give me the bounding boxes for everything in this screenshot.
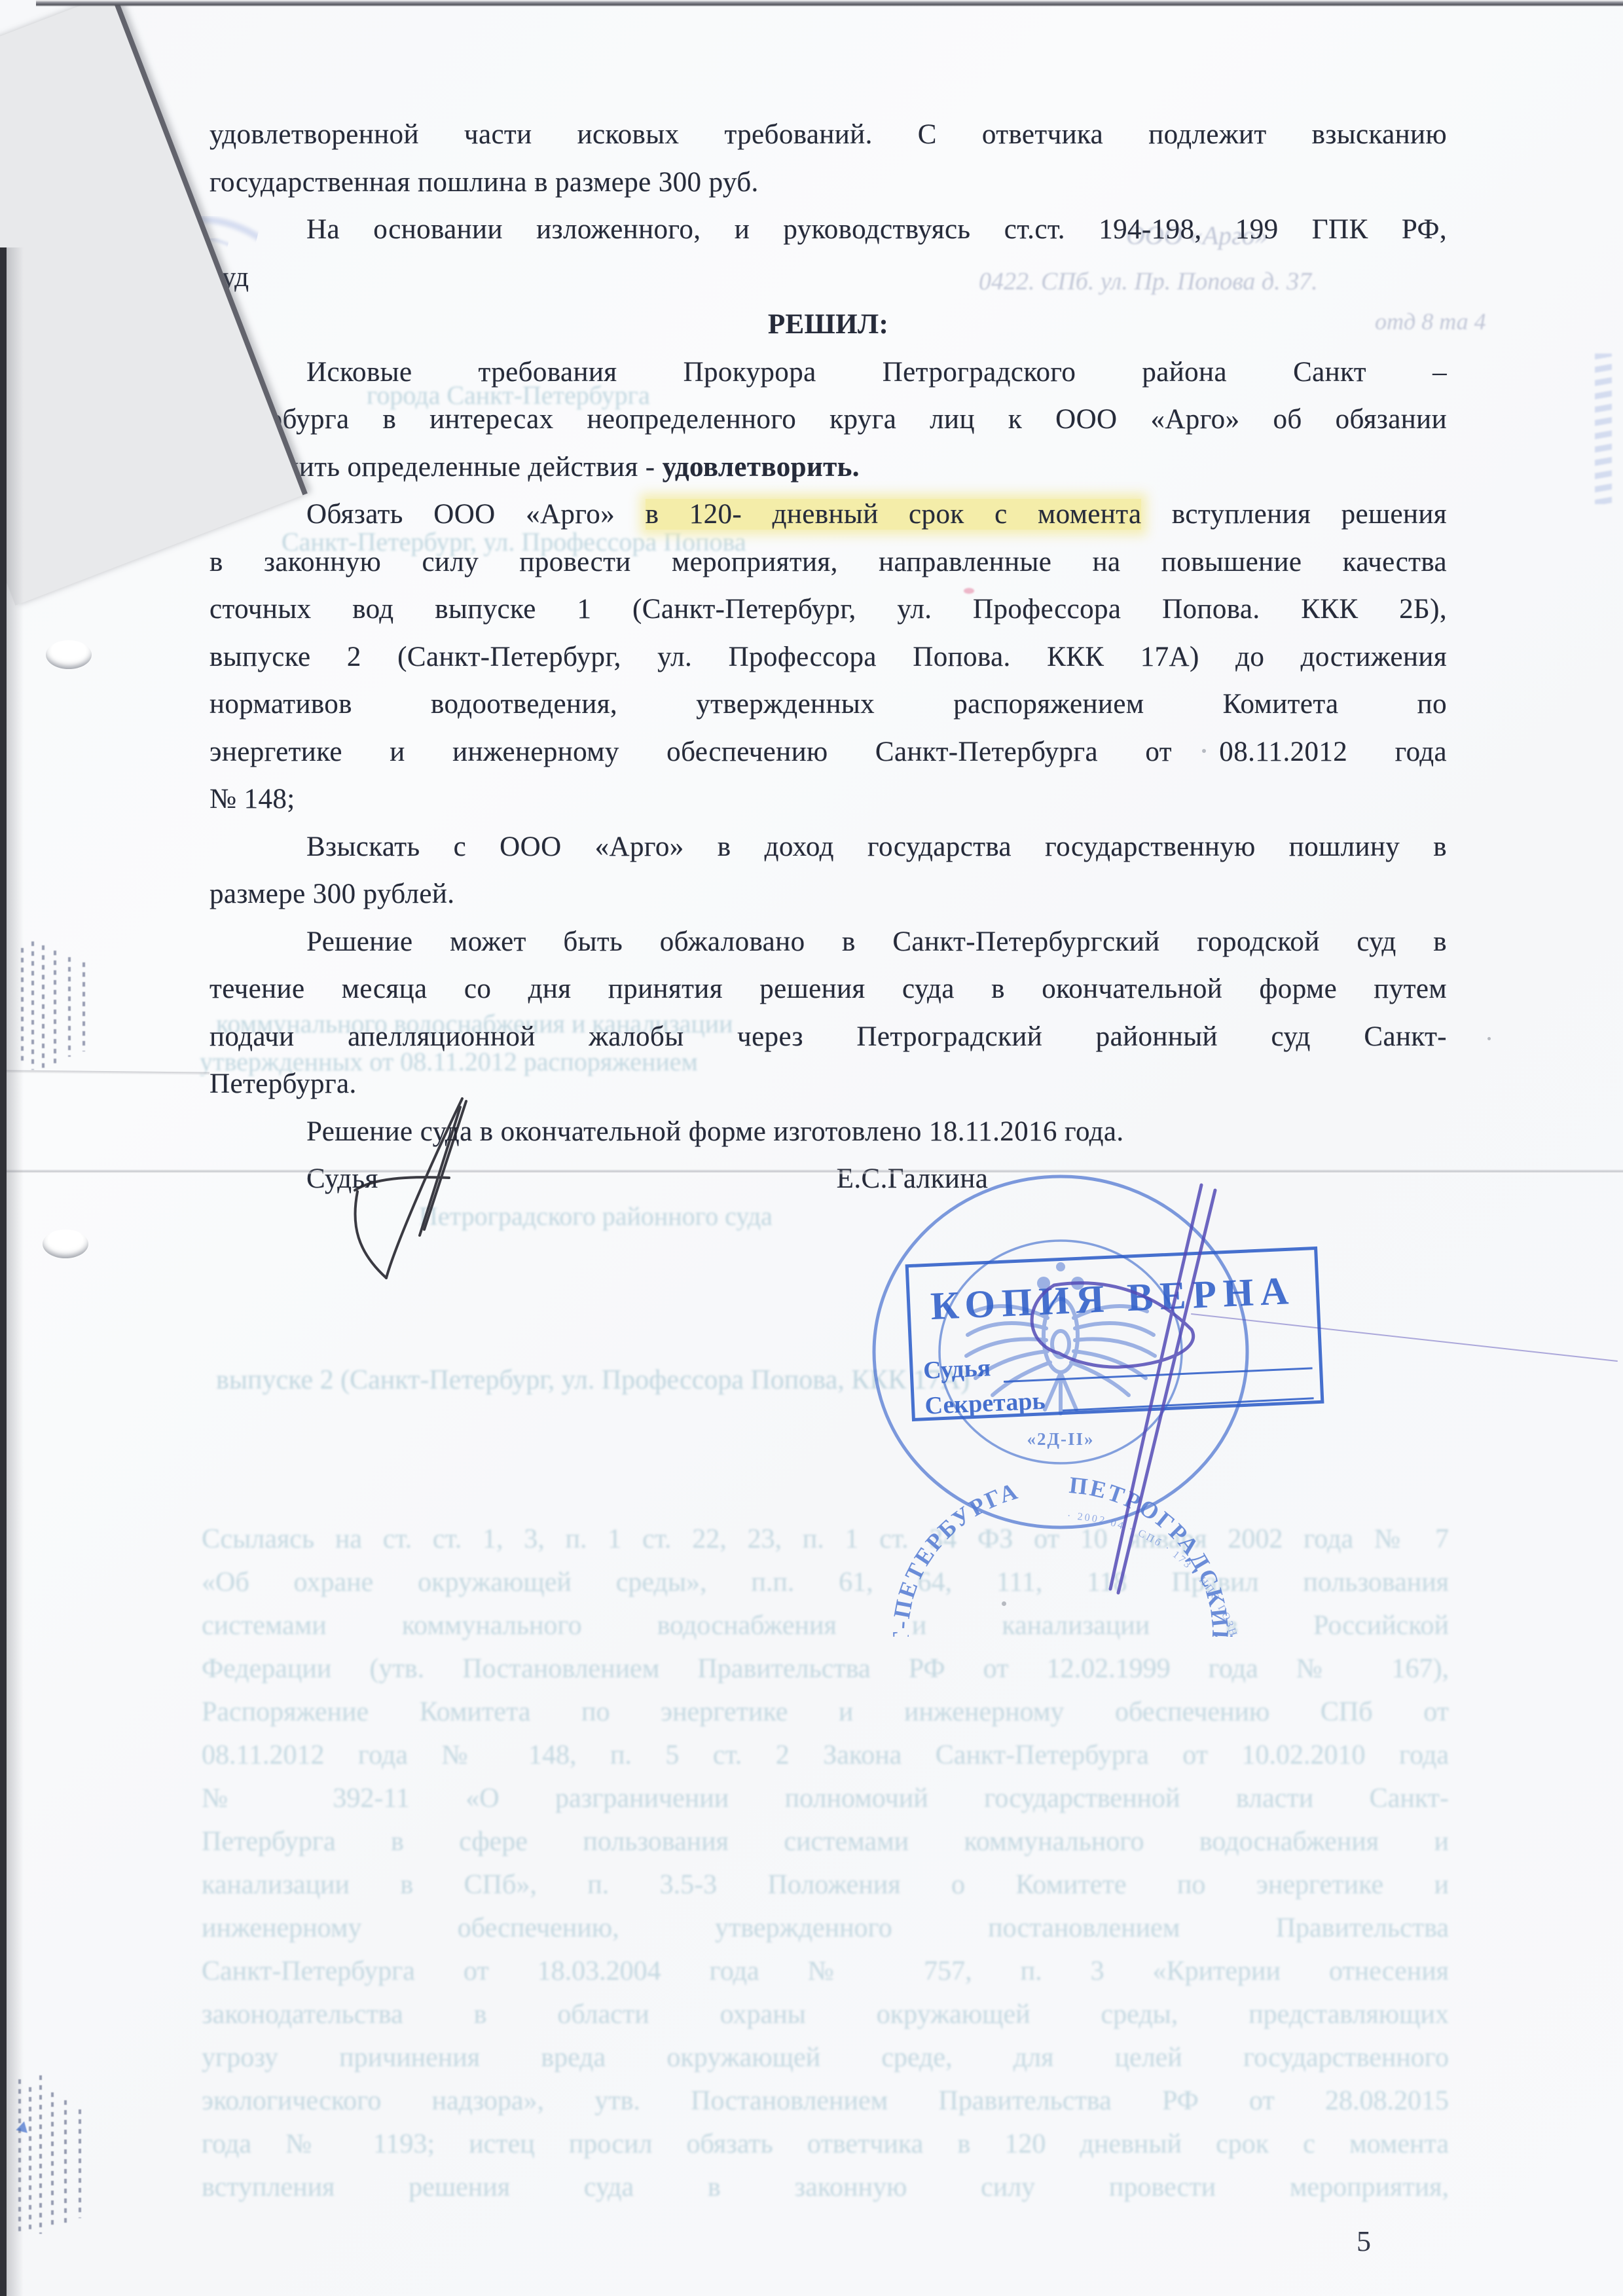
scanned-court-document: ООО «Арго»0422. СПб. ул. Пр. Попова д. 3… (0, 0, 1623, 2296)
court-stamp: ПЕТРОГРАДСКИЙ РАЙОННЫЙ СУД ГОРОДА САНКТ-… (838, 1149, 1623, 1637)
document-line: государственная пошлина в размере 300 ру… (210, 159, 1447, 206)
text-segment: На основании изложенного, и руководствуя… (306, 214, 1447, 245)
bleedthrough-dash-column (39, 2075, 42, 2234)
text-segment: Решение может быть обжаловано в Санкт-Пе… (306, 926, 1447, 957)
bleedthrough-dash-column (51, 2092, 54, 2227)
document-line: Обязать ООО «Арго» в 120- дневный срок с… (210, 491, 1447, 538)
bleedthrough-dash-column (42, 945, 45, 1068)
document-line: Исковые требования Прокурора Петроградск… (210, 349, 1447, 396)
document-line: суд (210, 254, 1447, 301)
right-edge-ink-bleed (1595, 354, 1612, 504)
document-line: нормативов водоотведения, утвержденных р… (210, 681, 1447, 728)
text-segment: Исковые требования Прокурора Петроградск… (306, 357, 1447, 388)
bleedthrough-dash-column (82, 962, 85, 1051)
page-number: 5 (1357, 2225, 1371, 2258)
bleedthrough-line: Федерации (утв. Постановлением Правитель… (202, 1647, 1449, 1690)
text-segment: сточных вод выпуске 1 (Санкт-Петербург, … (210, 594, 1447, 625)
text-segment: РЕШИЛ: (768, 309, 888, 340)
bleedthrough-dash-column (68, 957, 71, 1057)
bleedthrough-line: Распоряжение Комитета по энергетике и ин… (202, 1690, 1449, 1734)
dust-speck (1487, 1037, 1491, 1040)
bleedthrough-line: угрозу причинения вреда окружающей среде… (202, 2036, 1449, 2079)
document-line: Взыскать с ООО «Арго» в доход государств… (210, 824, 1447, 871)
bleedthrough-line: Петербурга в сфере пользования системами… (202, 1820, 1449, 1863)
bleedthrough-line: года № 1193; истец просил обязать ответч… (202, 2123, 1449, 2166)
text-segment: удовлетворить. (663, 452, 860, 483)
text-segment: подачи апелляционной жалобы через Петрог… (210, 1021, 1447, 1052)
text-segment: вступления решения (1141, 499, 1447, 530)
bleedthrough-dash-column (79, 2109, 81, 2218)
document-line: энергетике и инженерному обеспечению Сан… (210, 729, 1447, 776)
bleedthrough-dash-column (31, 941, 34, 1070)
copy-stamp-judge-label: Судья (922, 1354, 991, 1384)
bleedthrough-dash-column (64, 2100, 67, 2223)
bleedthrough-line: инженерному обеспечению, утвержденного п… (202, 1906, 1449, 1950)
page-edge-left-shadow (7, 247, 24, 2296)
hole-punch-bottom (43, 1230, 88, 1258)
dust-speck (1202, 749, 1206, 753)
document-line: Петербурга в интересах неопределенного к… (210, 396, 1447, 443)
hole-punch-top (46, 640, 92, 669)
document-line: размере 300 рублей. (210, 871, 1447, 918)
text-segment: государственная пошлина в размере 300 ру… (210, 167, 759, 198)
bleedthrough-line: экологического надзора», утв. Постановле… (202, 2079, 1449, 2123)
text-segment: размере 300 рублей. (210, 879, 454, 909)
document-line: в законную силу провести мероприятия, на… (210, 539, 1447, 586)
text-segment: энергетике и инженерному обеспечению Сан… (210, 737, 1447, 767)
text-segment: выпуске 2 (Санкт-Петербург, ул. Профессо… (210, 642, 1447, 672)
copy-stamp-secretary-label: Секретарь (924, 1387, 1046, 1420)
document-line: сточных вод выпуске 1 (Санкт-Петербург, … (210, 586, 1447, 633)
text-segment: Взыскать с ООО «Арго» в доход государств… (306, 831, 1447, 862)
seal-center-code: «2Д-II» (1027, 1429, 1094, 1449)
page-edge-top (36, 0, 1623, 7)
document-line: совершить определенные действия - удовле… (210, 444, 1447, 491)
document-line: № 148; (210, 776, 1447, 823)
document-line: удовлетворенной части исковых требований… (210, 111, 1447, 158)
bleedthrough-line: вступления решения суда в законную силу … (202, 2166, 1449, 2209)
bleedthrough-line: законодательства в области охраны окружа… (202, 1993, 1449, 2036)
text-segment: Петербурга в интересах неопределенного к… (210, 404, 1447, 435)
document-line: РЕШИЛ: (210, 301, 1447, 348)
bleedthrough-line: № 392-11 «О разграничении полномочий гос… (202, 1777, 1449, 1820)
bleedthrough-line: канализации в СПб», п. 3.5-3 Положения о… (202, 1863, 1449, 1906)
document-line: течение месяца со дня принятия решения с… (210, 966, 1447, 1013)
document-line: На основании изложенного, и руководствуя… (210, 206, 1447, 253)
text-segment: удовлетворенной части исковых требований… (210, 119, 1447, 150)
document-line: подачи апелляционной жалобы через Петрог… (210, 1013, 1447, 1061)
bleedthrough-dash-column (54, 951, 56, 1063)
judge-signature (327, 1074, 498, 1296)
bleedthrough-line: Санкт-Петербурга от 18.03.2004 года № 75… (202, 1950, 1449, 1993)
text-segment: нормативов водоотведения, утвержденных р… (210, 689, 1447, 720)
bleedthrough-line: 08.11.2012 года № 148, п. 5 ст. 2 Закона… (202, 1734, 1449, 1777)
text-segment: № 148; (210, 784, 295, 814)
page-edge-left (0, 247, 7, 2296)
highlighted-text: в 120- дневный срок с момента (646, 499, 1142, 530)
red-ink-speck (964, 588, 974, 594)
text-segment: течение месяца со дня принятия решения с… (210, 974, 1447, 1004)
document-line: Решение может быть обжаловано в Санкт-Пе… (210, 919, 1447, 966)
bleedthrough-dash-column (29, 2087, 31, 2231)
text-segment: в законную силу провести мероприятия, на… (210, 547, 1447, 577)
text-segment: Обязать ООО «Арго» (306, 499, 646, 530)
document-line: выпуске 2 (Санкт-Петербург, ул. Профессо… (210, 634, 1447, 681)
